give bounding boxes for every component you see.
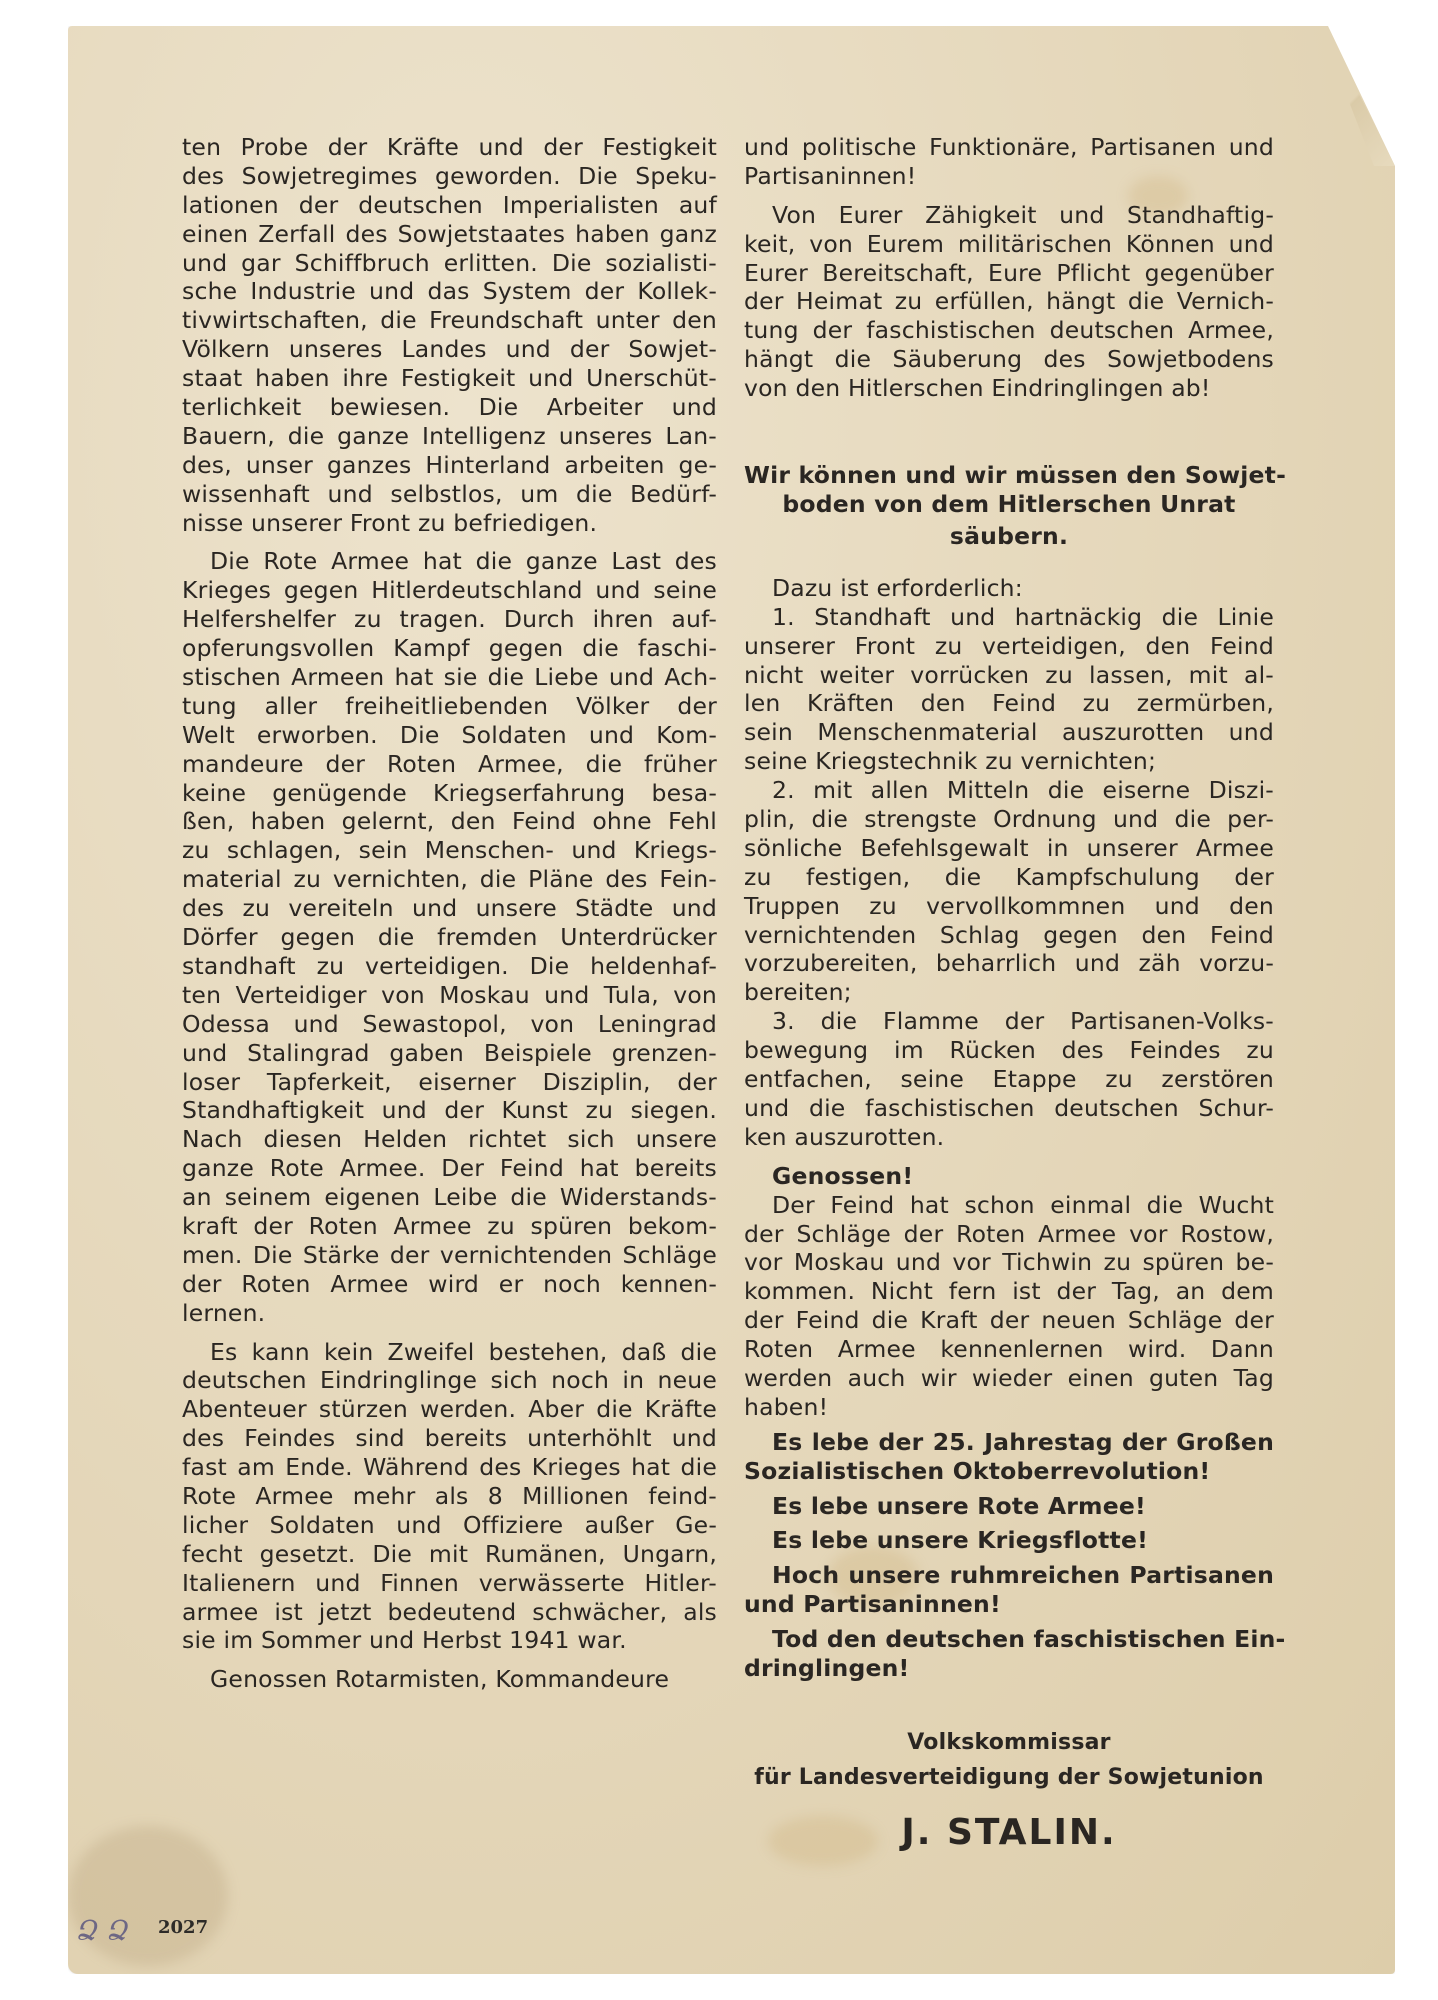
text-line: Partisaninnen! [744,162,1274,191]
intro-paragraph: und politische Funktionäre, Partisanen u… [744,133,1274,191]
text-line: keine genügende Kriegserfahrung besa- [182,779,717,808]
signature-block: Volkskommissar für Landesverteidigung de… [744,1729,1274,1848]
text-line: Abenteuer stürzen werden. Aber die Kräft… [182,1395,717,1424]
text-line: sie im Sommer und Herbst 1941 war. [182,1626,717,1655]
text-line: ten Verteidiger von Moskau und Tula, von [182,981,717,1010]
requirements-intro: Dazu ist erforderlich: [744,574,1274,603]
text-line: entfachen, seine Etappe zu zerstören [744,1065,1274,1094]
text-line: Die Rote Armee hat die ganze Last des [182,547,717,576]
intro-section: und politische Funktionäre, Partisanen u… [744,133,1274,403]
archive-stamp-number: 2027 [158,1917,208,1938]
text-line: des zu vereiteln und unsere Städte und [182,894,717,923]
intro-paragraph: Von Eurer Zähigkeit und Standhaftig-keit… [744,201,1274,403]
text-line: Bauern, die ganze Intelligenz unseres La… [182,422,717,451]
signature-title-line2: für Landesverteidigung der Sowjetunion [744,1764,1274,1793]
text-line: tung aller freiheitliebenden Völker der [182,692,717,721]
headline-line: boden von dem Hitlerschen Unrat [744,488,1274,520]
headline: Wir können und wir müssen den Sowjet- bo… [744,459,1274,552]
text-line: ganze Rote Armee. Der Feind hat bereits [182,1154,717,1183]
text-line: des, unser ganzes Hinterland arbeiten ge… [182,451,717,480]
signature-name: J. STALIN. [744,1819,1274,1848]
text-line: Dörfer gegen die fremden Unterdrücker [182,923,717,952]
text-line: deutschen Eindringlinge sich noch in neu… [182,1366,717,1395]
text-line: sche Industrie und das System der Kollek… [182,277,717,306]
text-line: stischen Armeen hat sie die Liebe und Ac… [182,663,717,692]
text-line: fast am Ende. Während des Krieges hat di… [182,1453,717,1482]
text-line: nicht weiter vorrücken zu lassen, mit al… [744,661,1274,690]
text-line: und Stalingrad gaben Beispiele grenzen- [182,1039,717,1068]
handwritten-initials: Ձ Ձ [77,1916,129,1947]
text-line: werden auch wir wieder einen guten Tag [744,1364,1274,1393]
text-line: armee ist jetzt bedeutend schwächer, als [182,1598,717,1627]
text-line: standhaft zu verteidigen. Die heldenhaf- [182,952,717,981]
body-paragraph: ten Probe der Kräfte und der Festigkeitd… [182,133,717,537]
text-line: Völkern unseres Landes und der Sowjet- [182,335,717,364]
text-line: material zu vernichten, die Pläne des Fe… [182,865,717,894]
slogan: Es lebe der 25. Jahrestag der GroßenSozi… [744,1428,1274,1486]
text-line: von den Hitlerschen Eindringlingen ab! [744,374,1274,403]
headline-line: Wir können und wir müssen den Sowjet- [744,459,1274,488]
text-line: Standhaftigkeit und der Kunst zu siegen. [182,1096,717,1125]
text-line: zu schlagen, sein Menschen- und Kriegs- [182,836,717,865]
text-line: nisse unserer Front zu befriedigen. [182,509,717,538]
text-line: der Heimat zu erfüllen, hängt die Vernic… [744,287,1274,316]
text-line: plin, die strengste Ordnung und die per- [744,805,1274,834]
text-line: 1. Standhaft und hartnäckig die Linie [744,603,1274,632]
text-line: Odessa und Sewastopol, von Leningrad [182,1010,717,1039]
text-line: len Kräften den Feind zu zermürben, [744,689,1274,718]
text-line: 3. die Flamme der Partisanen-Volks- [744,1007,1274,1036]
text-line: Roten Armee kennenlernen wird. Dann [744,1335,1274,1364]
text-line: Hoch unsere ruhmreichen Partisanen [744,1561,1274,1590]
right-column: und politische Funktionäre, Partisanen u… [744,133,1274,1848]
headline-line: säubern. [744,520,1274,552]
slogans: Es lebe der 25. Jahrestag der GroßenSozi… [744,1428,1274,1683]
text-line: ken auszurotten. [744,1123,1274,1152]
text-line: dringlingen! [744,1654,1274,1683]
text-line: vorzubereiten, beharrlich und zäh vorzu- [744,949,1274,978]
text-line: fecht gesetzt. Die mit Rumänen, Ungarn, [182,1540,717,1569]
text-line: vor Moskau und vor Tichwin zu spüren be- [744,1248,1274,1277]
text-line: einen Zerfall des Sowjetstaates haben ga… [182,220,717,249]
text-line: der Roten Armee wird er noch kennen- [182,1270,717,1299]
requirement-item: 3. die Flamme der Partisanen-Volks-beweg… [744,1007,1274,1151]
text-line: licher Soldaten und Offiziere außer Ge- [182,1511,717,1540]
text-line: hängt die Säuberung des Sowjetbodens [744,345,1274,374]
text-line: ßen, haben gelernt, den Feind ohne Fehl [182,807,717,836]
text-line: bewegung im Rücken des Feindes zu [744,1036,1274,1065]
closing-paragraph: Der Feind hat schon einmal die Wuchtder … [744,1191,1274,1422]
text-line: tivwirtschaften, die Freundschaft unter … [182,306,717,335]
text-line: Es lebe der 25. Jahrestag der Großen [744,1428,1274,1457]
text-line: Der Feind hat schon einmal die Wucht [744,1191,1274,1220]
text-line: sönliche Befehlsgewalt in unserer Armee [744,834,1274,863]
slogan: Es lebe unsere Kriegsflotte! [744,1526,1274,1555]
text-line: Genossen Rotarmisten, Kommandeure [182,1665,717,1694]
text-line: terlichkeit bewiesen. Die Arbeiter und [182,393,717,422]
text-line: haben! [744,1393,1274,1422]
signature-title-line1: Volkskommissar [744,1729,1274,1758]
text-line: und politische Funktionäre, Partisanen u… [744,133,1274,162]
text-line: unserer Front zu verteidigen, den Feind [744,632,1274,661]
slogan: Es lebe unsere Rote Armee! [744,1492,1274,1521]
text-line: wissenhaft und selbstlos, um die Bedürf- [182,480,717,509]
text-line: Von Eurer Zähigkeit und Standhaftig- [744,201,1274,230]
text-line: sein Menschenmaterial auszurotten und [744,718,1274,747]
text-line: ten Probe der Kräfte und der Festigkeit [182,133,717,162]
text-line: zu festigen, die Kampfschulung der [744,863,1274,892]
text-line: und Partisaninnen! [744,1590,1274,1619]
text-line: vernichtenden Schlag gegen den Feind [744,921,1274,950]
text-line: lernen. [182,1299,717,1328]
requirements-list: 1. Standhaft und hartnäckig die Linieuns… [744,603,1274,1152]
text-line: Tod den deutschen faschistischen Ein- [744,1625,1274,1654]
text-line: Krieges gegen Hitlerdeutschland und sein… [182,576,717,605]
text-line: des Sowjetregimes geworden. Die Speku- [182,162,717,191]
text-line: Welt erworben. Die Soldaten und Kom- [182,721,717,750]
slogan: Hoch unsere ruhmreichen Partisanenund Pa… [744,1561,1274,1619]
text-line: Sozialistischen Oktoberrevolution! [744,1457,1274,1486]
text-line: Rote Armee mehr als 8 Millionen feind- [182,1482,717,1511]
address-genossen: Genossen! [744,1162,1274,1191]
text-line: staat haben ihre Festigkeit und Unerschü… [182,364,717,393]
left-column: ten Probe der Kräfte und der Festigkeitd… [182,133,717,1694]
text-line: keit, von Eurem militärischen Können und [744,230,1274,259]
text-line: bereiten; [744,978,1274,1007]
requirement-item: 2. mit allen Mitteln die eiserne Diszi-p… [744,776,1274,1007]
text-line: opferungsvollen Kampf gegen die faschi- [182,634,717,663]
body-paragraph: Genossen Rotarmisten, Kommandeure [182,1665,717,1694]
body-paragraph: Es kann kein Zweifel bestehen, daß diede… [182,1338,717,1656]
text-line: loser Tapferkeit, eiserner Disziplin, de… [182,1068,717,1097]
body-paragraph: Die Rote Armee hat die ganze Last desKri… [182,547,717,1327]
text-line: der Feind die Kraft der neuen Schläge de… [744,1306,1274,1335]
text-line: und gar Schiffbruch erlitten. Die sozial… [182,249,717,278]
text-line: mandeure der Roten Armee, die früher [182,750,717,779]
text-line: und die faschistischen deutschen Schur- [744,1094,1274,1123]
text-line: Es lebe unsere Rote Armee! [744,1492,1274,1521]
slogan: Tod den deutschen faschistischen Ein-dri… [744,1625,1274,1683]
text-line: Helfershelfer zu tragen. Durch ihren auf… [182,605,717,634]
text-line: Nach diesen Helden richtet sich unsere [182,1125,717,1154]
text-line: Eurer Bereitschaft, Eure Pflicht gegenüb… [744,259,1274,288]
text-line: des Feindes sind bereits unterhöhlt und [182,1424,717,1453]
text-line: an seinem eigenen Leibe die Widerstands- [182,1183,717,1212]
text-line: men. Die Stärke der vernichtenden Schläg… [182,1241,717,1270]
requirement-item: 1. Standhaft und hartnäckig die Linieuns… [744,603,1274,776]
text-line: Es lebe unsere Kriegsflotte! [744,1526,1274,1555]
text-line: Es kann kein Zweifel bestehen, daß die [182,1338,717,1367]
text-line: Truppen zu vervollkommnen und den [744,892,1274,921]
text-line: 2. mit allen Mitteln die eiserne Diszi- [744,776,1274,805]
text-line: lationen der deutschen Imperialisten auf [182,191,717,220]
text-line: kraft der Roten Armee zu spüren bekom- [182,1212,717,1241]
text-line: Italienern und Finnen verwässerte Hitler… [182,1569,717,1598]
text-line: der Schläge der Roten Armee vor Rostow, [744,1220,1274,1249]
text-line: kommen. Nicht fern ist der Tag, an dem [744,1277,1274,1306]
text-line: tung der faschistischen deutschen Armee, [744,316,1274,345]
text-line: seine Kriegstechnik zu vernichten; [744,747,1274,776]
